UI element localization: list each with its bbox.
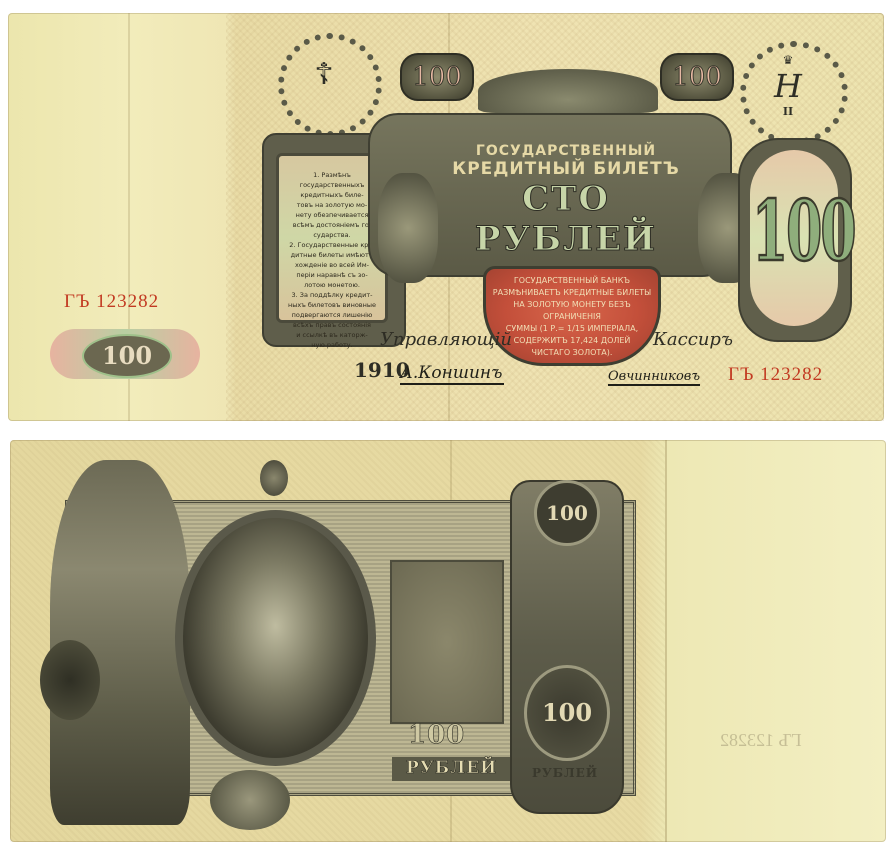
left-panel-text-line: хожденіе во всей Им- (283, 260, 381, 270)
note-title: ГОСУДАРСТВЕННЫЙ КРЕДИТНЫЙ БИЛЕТЪ СТО РУБ… (431, 143, 701, 259)
title-line-1: ГОСУДАРСТВЕННЫЙ (431, 143, 701, 159)
title-line-3: СТО РУБЛЕЙ (431, 179, 701, 259)
imperial-monogram: Н (760, 67, 816, 105)
left-panel-text-line: товъ на золотую мо- (283, 200, 381, 210)
wheat-garland (478, 69, 658, 113)
fold-line (665, 440, 667, 842)
left-panel-text-line: подвергаются лишенію (283, 310, 381, 320)
left-panel-text-line: всѣхъ правъ состоянія (283, 320, 381, 330)
monogram-numeral: II (760, 105, 816, 118)
cashier-signature: Овчинниковъ (608, 369, 700, 386)
denomination-100-right: 100 (542, 698, 592, 727)
orb-icon (260, 460, 288, 496)
left-panel-text-line: ныхъ билетовъ виновные (283, 300, 381, 310)
denomination-100-top-right: 100 (672, 62, 722, 92)
left-panel-text-line: государственныхъ (283, 180, 381, 190)
left-panel-text-line: 1. Размѣнъ (283, 170, 381, 180)
left-panel-text-line: кредитныхъ биле- (283, 190, 381, 200)
double-headed-eagle-icon: ☦ (294, 57, 354, 92)
denomination-medallion-bottom: 100 (524, 665, 610, 761)
denomination-100-medallion: 100 (546, 501, 588, 525)
gold-exchange-shield: ГОСУДАРСТВЕННЫЙ БАНКЪРАЗМѢНИВАЕТЪ КРЕДИТ… (483, 266, 661, 366)
left-panel-text-line: лотою монетою. (283, 280, 381, 290)
see-through-serial: ГЪ 123282 (720, 730, 802, 751)
denomination-100-large: 100 (752, 183, 855, 281)
denomination-cartouche-top-right: 100 (660, 53, 734, 101)
rubley-label-right: РУБЛЕЙ (532, 766, 598, 780)
left-panel-text-line: дитные билеты имѣютъ (283, 250, 381, 260)
crown-icon: ♛ (760, 53, 816, 67)
left-panel-text-line: и ссылкѣ въ каторж- (283, 330, 381, 340)
portrait-catherine (175, 510, 376, 766)
rubley-label-center: РУБЛЕЙ (406, 758, 497, 778)
denomination-cartouche-left: 100 (50, 329, 200, 379)
banknote-back: 100 РУБЛЕЙ 100 100 РУБЛЕЙ ГЪ 123282 (10, 440, 886, 842)
banknote-front: ГЪ 123282 100 ☦ 1. Размѣнъгосударственны… (8, 13, 884, 421)
left-panel-text-line: ную работу. (283, 340, 381, 350)
cashier-label: Кассиръ (653, 329, 733, 350)
left-panel-text-line: всѣмъ достояніемъ го- (283, 220, 381, 230)
manager-signature: А.Коншинъ (400, 363, 504, 385)
medusa-mask (210, 770, 290, 830)
shield-text-line: РАЗМѢНИВАЕТЪ КРЕДИТНЫЕ БИЛЕТЫ (486, 287, 658, 299)
denomination-100-left: 100 (82, 334, 172, 378)
left-panel-text-line: нету обезпечивается (283, 210, 381, 220)
denomination-medallion-top: 100 (534, 480, 600, 546)
denomination-cartouche-top-left: 100 (400, 53, 474, 101)
denomination-100-top-left: 100 (412, 62, 462, 92)
left-panel-text-line: 3. За поддѣлку кредит- (283, 290, 381, 300)
manager-label: Управляющій (380, 329, 512, 350)
serial-number-right: ГЪ 123282 (728, 364, 823, 386)
title-line-2: КРЕДИТНЫЙ БИЛЕТЪ (431, 159, 701, 179)
wreath-panel (390, 560, 504, 724)
left-panel-text-line: сударства. (283, 230, 381, 240)
fruit-cornucopia-left (378, 173, 438, 283)
denomination-100-bottom: 100 (408, 720, 465, 750)
laurel-branch (40, 640, 100, 720)
left-panel-text: 1. Размѣнъгосударственныхъкредитныхъ бил… (283, 170, 381, 350)
serial-number-left: ГЪ 123282 (64, 291, 159, 313)
shield-text-line: ГОСУДАРСТВЕННЫЙ БАНКЪ (486, 275, 658, 287)
left-panel-text-line: 2. Государственные кре- (283, 240, 381, 250)
shield-text-line: НА ЗОЛОТУЮ МОНЕТУ БЕЗЪ ОГРАНИЧЕНІЯ (486, 299, 658, 323)
left-panel-text-line: періи наравнѣ съ зо- (283, 270, 381, 280)
